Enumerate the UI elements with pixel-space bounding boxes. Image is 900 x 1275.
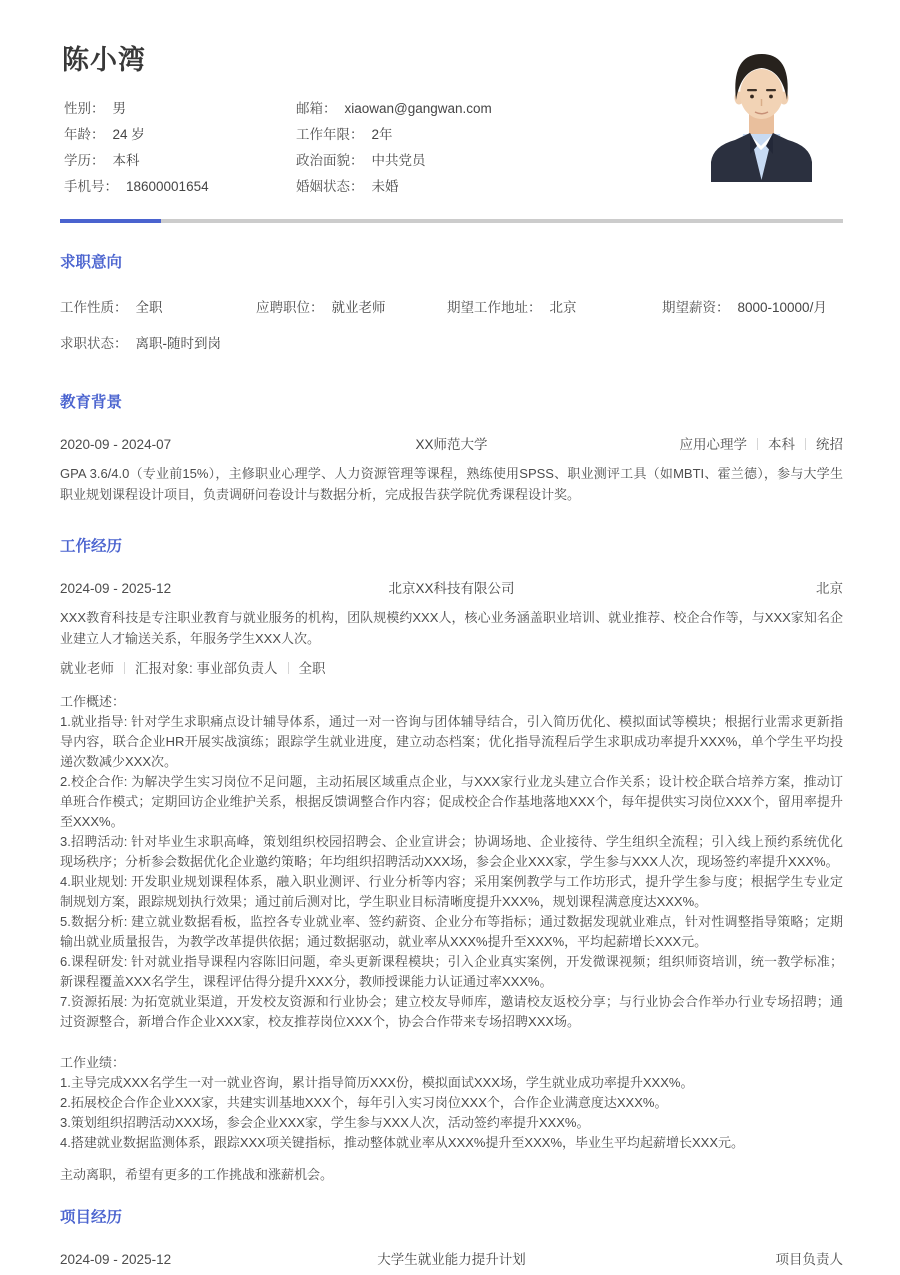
work-overview-item: 2.校企合作: 为解决学生实习岗位不足问题，主动拓展区域重点企业，与XXX家行业… (60, 772, 843, 832)
work-overview-item: 5.数据分析: 建立就业数据看板，监控各专业就业率、签约薪资、企业分布等指标；通… (60, 912, 843, 952)
work-achievements: 工作业绩： 1.主导完成XXX名学生一对一就业咨询，累计指导简历XXX份，模拟面… (60, 1053, 843, 1153)
field-value: 8000-10000/月 (738, 300, 827, 315)
separator (805, 438, 806, 450)
company-intro: XXX教育科技是专注职业教育与就业服务的机构，团队规模约XXX人，核心业务涵盖职… (60, 608, 843, 649)
info-field-phone: 手机号：18600001654 (64, 179, 296, 195)
field-value: 24 岁 (113, 127, 145, 142)
work-role: 就业老师 (60, 661, 114, 676)
work-overview: 工作概述： 1.就业指导: 针对学生求职痛点设计辅导体系，通过一对一咨询与团体辅… (60, 692, 843, 1032)
field-value: 2年 (372, 127, 393, 142)
basic-info-right-column: 邮箱：xiaowan@gangwan.com 工作年限：2年 政治面貌：中共党员… (296, 101, 492, 195)
field-value: 男 (113, 101, 127, 116)
info-field-political-status: 政治面貌：中共党员 (296, 153, 492, 169)
info-field-marital-status: 婚姻状态：未婚 (296, 179, 492, 195)
field-label: 期望薪资： (662, 300, 730, 315)
field-value: 离职-随时到岗 (136, 336, 222, 351)
section-title-job-intent: 求职意向 (60, 254, 843, 271)
portrait-illustration (703, 48, 820, 182)
work-company: 北京XX科技有限公司 (60, 580, 843, 597)
field-label: 手机号： (64, 179, 118, 194)
section-project: 项目经历 2024-09 - 2025-12 大学生就业能力提升计划 项目负责人 (60, 1209, 843, 1268)
job-intent-row-2: 求职状态：离职-随时到岗 (60, 336, 843, 352)
work-overview-item: 7.资源拓展: 为拓宽就业渠道，开发校友资源和行业协会；建立校友导师库，邀请校友… (60, 992, 843, 1032)
intent-field-location: 期望工作地址：北京 (447, 300, 662, 316)
intent-field-position: 应聘职位：就业老师 (256, 300, 447, 316)
education-enroll-type: 统招 (816, 437, 843, 452)
info-field-experience-years: 工作年限：2年 (296, 127, 492, 143)
separator (288, 662, 289, 674)
work-report-to: 汇报对象: 事业部负责人 (135, 661, 278, 676)
section-title-work: 工作经历 (60, 538, 843, 555)
work-achievement-item: 4.搭建就业数据监测体系，跟踪XXX项关键指标，推动整体就业率从XXX%提升至X… (60, 1133, 843, 1153)
field-label: 工作年限： (296, 127, 364, 142)
field-value: 北京 (550, 300, 577, 315)
work-role-row: 就业老师汇报对象: 事业部负责人全职 (60, 661, 843, 677)
field-value: 18600001654 (126, 179, 209, 194)
header-divider (60, 219, 843, 223)
work-row: 2024-09 - 2025-12 北京XX科技有限公司 北京 (60, 580, 843, 597)
field-value: xiaowan@gangwan.com (345, 101, 492, 116)
basic-info-left-column: 性别：男 年龄：24 岁 学历：本科 手机号：18600001654 (64, 101, 296, 195)
work-achievements-title: 工作业绩： (60, 1053, 843, 1073)
work-achievement-item: 1.主导完成XXX名学生一对一就业咨询，累计指导简历XXX份，模拟面试XXX场，… (60, 1073, 843, 1093)
field-label: 期望工作地址： (447, 300, 542, 315)
resume-page: 陈小湾 性别：男 年龄：24 岁 学历：本科 手机号：18600001654 邮… (0, 0, 900, 1275)
profile-photo (703, 48, 820, 182)
project-role: 项目负责人 (776, 1251, 844, 1268)
resume-header: 陈小湾 性别：男 年龄：24 岁 学历：本科 手机号：18600001654 邮… (60, 44, 843, 195)
work-overview-item: 4.职业规划: 开发职业规划课程体系，融入职业测评、行业分析等内容；采用案例教学… (60, 872, 843, 912)
leave-reason: 主动离职，希望有更多的工作挑战和涨薪机会。 (60, 1165, 843, 1185)
field-label: 政治面貌： (296, 153, 364, 168)
field-value: 中共党员 (372, 153, 426, 168)
field-label: 工作性质： (60, 300, 128, 315)
education-degree: 本科 (768, 437, 795, 452)
project-name: 大学生就业能力提升计划 (60, 1251, 843, 1268)
field-value: 就业老师 (332, 300, 386, 315)
field-value: 本科 (113, 153, 140, 168)
work-achievement-item: 2.拓展校企合作企业XXX家，共建实训基地XXX个，每年引入实习岗位XXX个，合… (60, 1093, 843, 1113)
work-overview-item: 3.招聘活动: 针对毕业生求职高峰，策划组织校园招聘会、企业宣讲会；协调场地、企… (60, 832, 843, 872)
separator (757, 438, 758, 450)
intent-field-job-status: 求职状态：离职-随时到岗 (60, 336, 221, 352)
project-row: 2024-09 - 2025-12 大学生就业能力提升计划 项目负责人 (60, 1251, 843, 1268)
work-overview-item: 1.就业指导: 针对学生求职痛点设计辅导体系，通过一对一咨询与团体辅导结合，引入… (60, 712, 843, 772)
field-label: 性别： (64, 101, 105, 116)
work-overview-title: 工作概述： (60, 692, 843, 712)
field-label: 学历： (64, 153, 105, 168)
field-label: 求职状态： (60, 336, 128, 351)
field-label: 年龄： (64, 127, 105, 142)
field-label: 婚姻状态： (296, 179, 364, 194)
education-meta: 应用心理学本科统招 (680, 436, 844, 453)
intent-field-job-nature: 工作性质：全职 (60, 300, 256, 316)
info-field-gender: 性别：男 (64, 101, 296, 117)
field-value: 全职 (136, 300, 163, 315)
section-work: 工作经历 2024-09 - 2025-12 北京XX科技有限公司 北京 XXX… (60, 538, 843, 1185)
education-detail: GPA 3.6/4.0（专业前15%），主修职业心理学、人力资源管理等课程，熟练… (60, 464, 843, 505)
section-title-project: 项目经历 (60, 1209, 843, 1226)
field-label: 邮箱： (296, 101, 337, 116)
field-label: 应聘职位： (256, 300, 324, 315)
work-achievement-item: 3.策划组织招聘活动XXX场，参会企业XXX家，学生参与XXX人次，活动签约率提… (60, 1113, 843, 1133)
intent-field-salary: 期望薪资：8000-10000/月 (662, 300, 827, 316)
info-field-age: 年龄：24 岁 (64, 127, 296, 143)
info-field-education: 学历：本科 (64, 153, 296, 169)
field-value: 未婚 (372, 179, 399, 194)
work-overview-item: 6.课程研发: 针对就业指导课程内容陈旧问题，牵头更新课程模块；引入企业真实案例… (60, 952, 843, 992)
section-education: 教育背景 2020-09 - 2024-07 XX师范大学 应用心理学本科统招 … (60, 394, 843, 505)
work-job-type: 全职 (299, 661, 326, 676)
separator (124, 662, 125, 674)
section-job-intent: 求职意向 工作性质：全职 应聘职位：就业老师 期望工作地址：北京 期望薪资：80… (60, 254, 843, 352)
work-location: 北京 (816, 580, 843, 597)
section-title-education: 教育背景 (60, 394, 843, 411)
job-intent-row-1: 工作性质：全职 应聘职位：就业老师 期望工作地址：北京 期望薪资：8000-10… (60, 300, 843, 316)
education-major: 应用心理学 (680, 437, 748, 452)
education-row: 2020-09 - 2024-07 XX师范大学 应用心理学本科统招 (60, 436, 843, 453)
info-field-email: 邮箱：xiaowan@gangwan.com (296, 101, 492, 117)
